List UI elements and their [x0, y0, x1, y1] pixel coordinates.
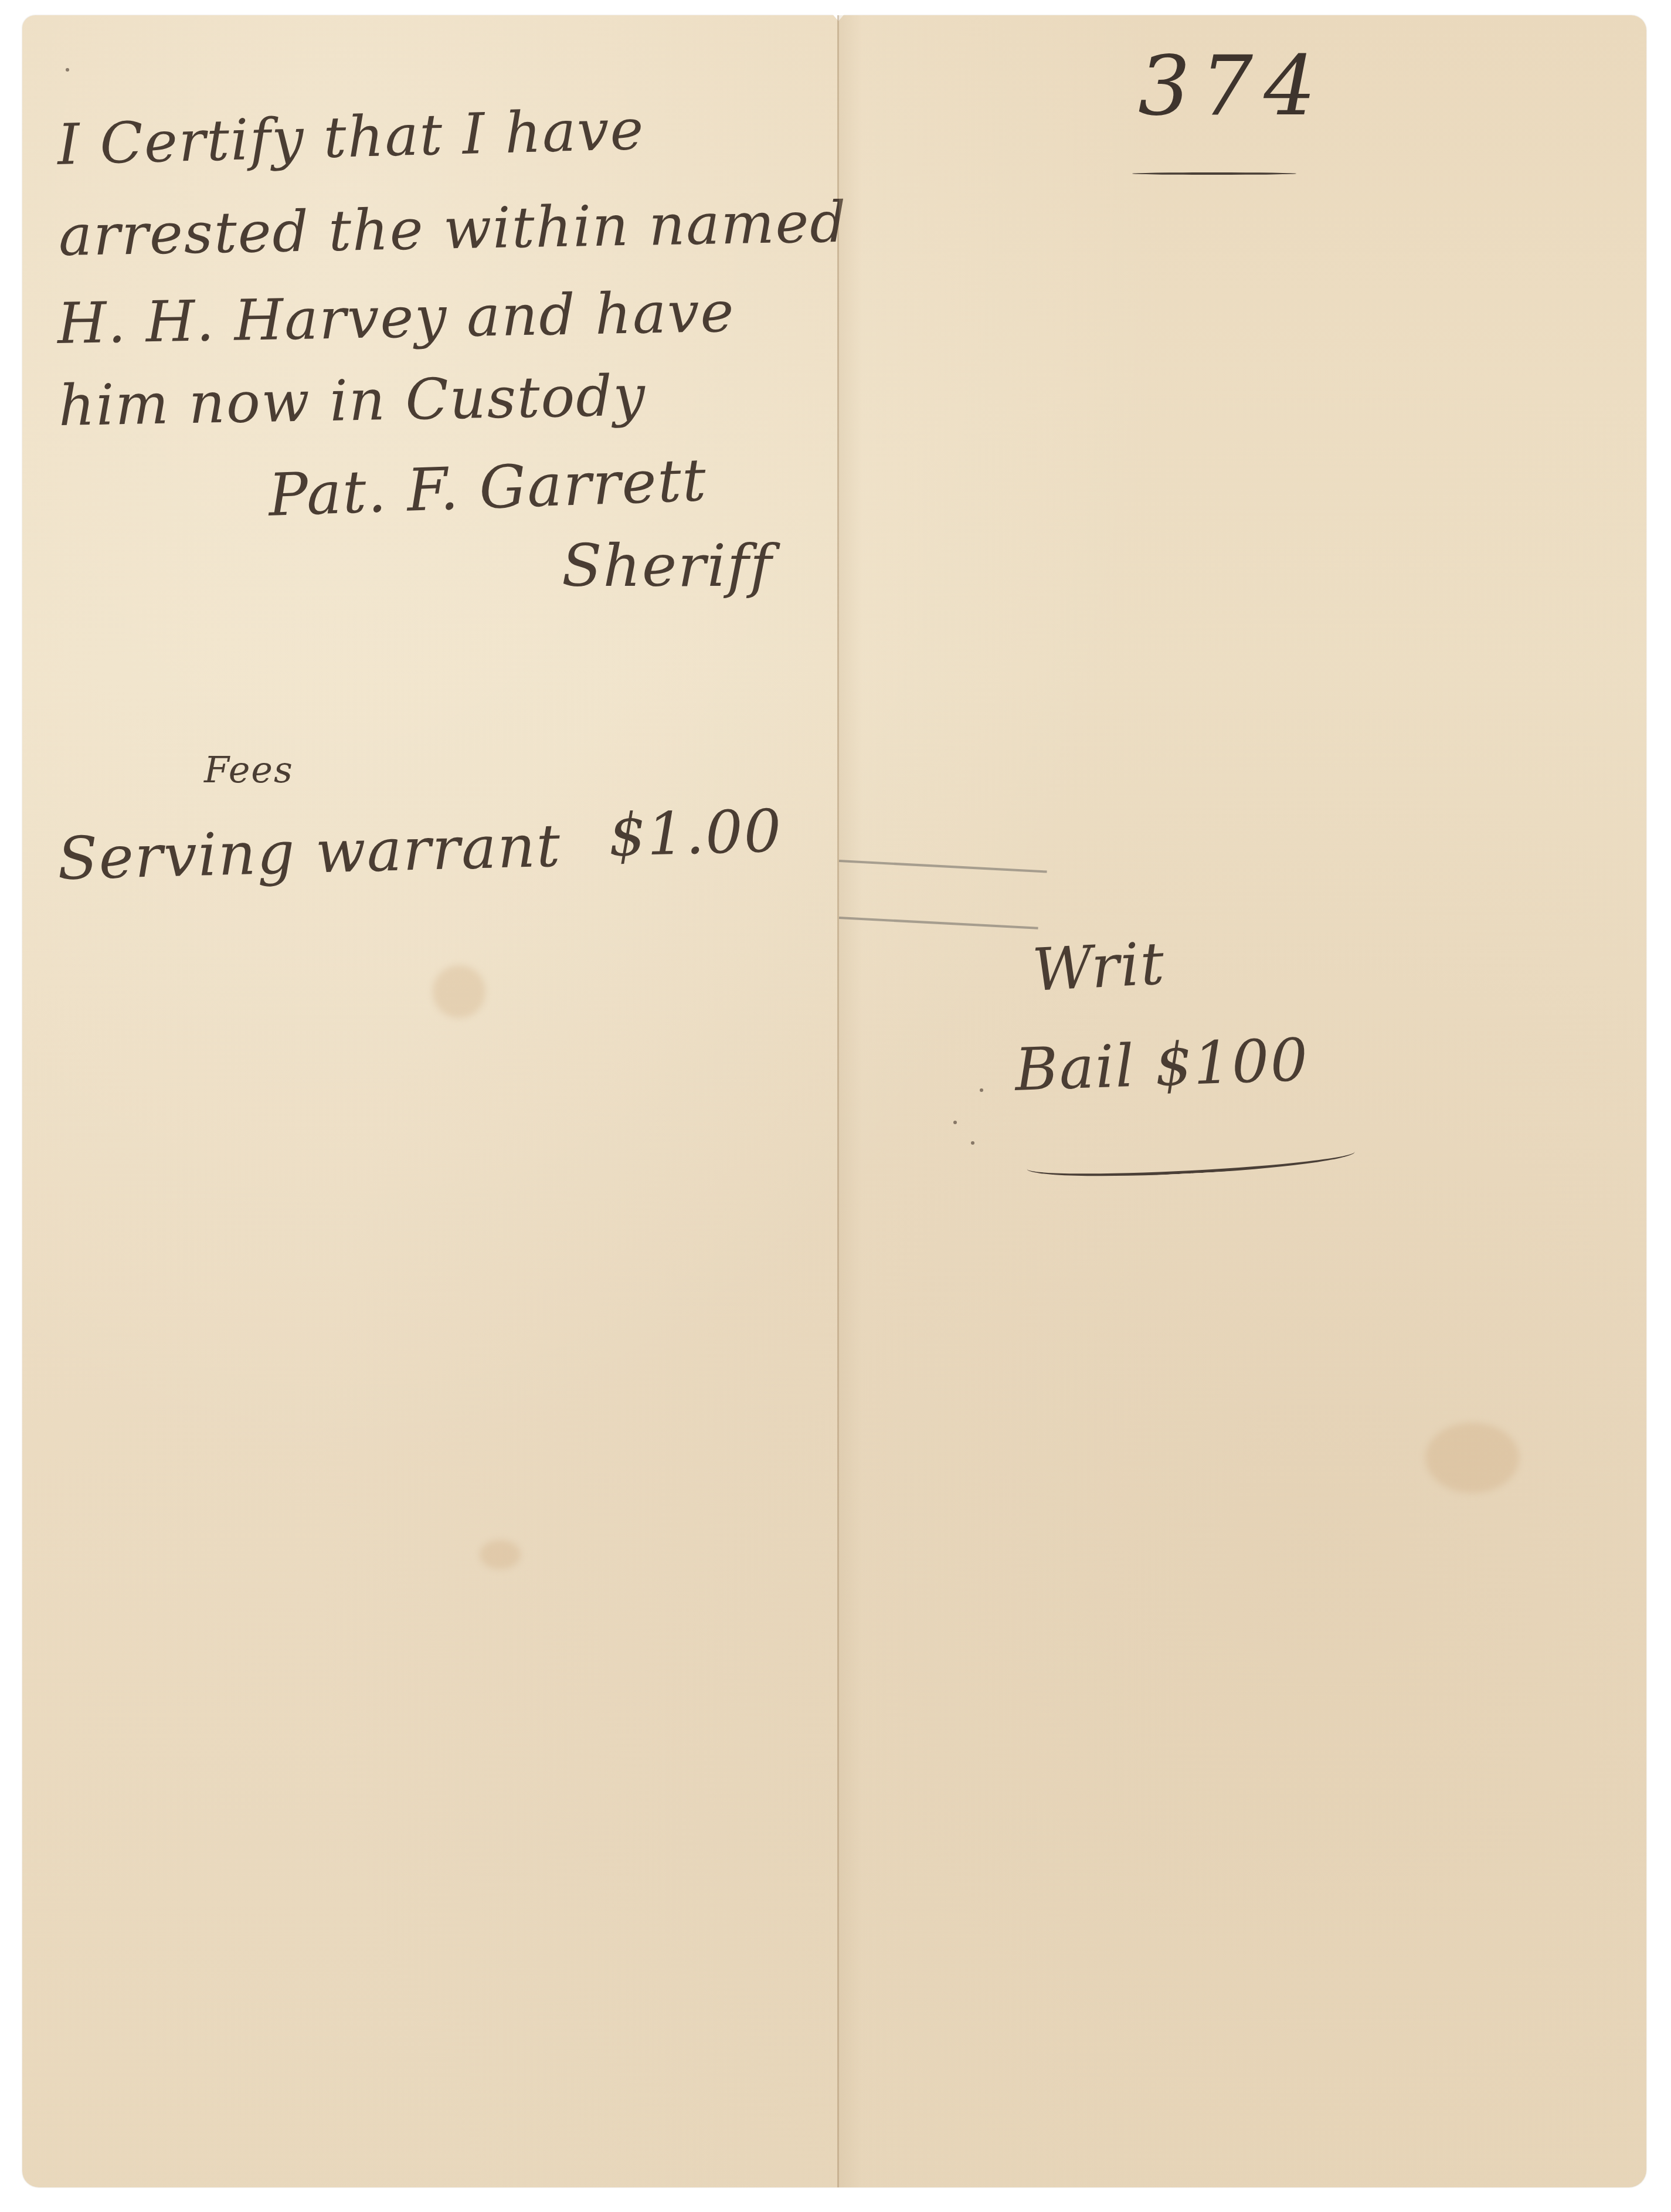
- ink-speck: [980, 1088, 983, 1092]
- pencil-line: [839, 860, 1047, 873]
- paper-stain: [1425, 1423, 1519, 1493]
- pencil-line: [839, 917, 1038, 929]
- certificate-line-1: I Certify that I have: [57, 97, 646, 178]
- ink-speck: [953, 1121, 957, 1124]
- sheriff-signature: Pat. F. Garrett: [267, 446, 708, 530]
- document-sheet: I Certify that I have arrested the withi…: [22, 15, 1646, 2187]
- right-panel: 374 Writ Bail $100: [839, 15, 1646, 2187]
- docket-number: 374: [1138, 39, 1326, 134]
- flourish-underline: [1026, 1138, 1356, 1182]
- ink-speck: [66, 68, 69, 72]
- fee-amount: $1.00: [607, 796, 783, 870]
- fee-description: Serving warrant: [56, 812, 562, 893]
- ink-speck: [971, 1141, 974, 1145]
- docket-number-underline: [1132, 172, 1296, 175]
- endorsement-writ: Writ: [1031, 929, 1167, 1005]
- fees-label: Fees: [204, 748, 294, 791]
- paper-stain: [433, 965, 485, 1018]
- endorsement-bail: Bail $100: [1014, 1026, 1310, 1104]
- sheriff-title: Sheriff: [562, 531, 773, 600]
- certificate-line-4: him now in Custody: [58, 363, 647, 439]
- certificate-line-3: H. H. Harvey and have: [57, 279, 735, 357]
- certificate-line-2: arrested the within named: [58, 189, 848, 269]
- paper-stain: [480, 1540, 521, 1569]
- left-panel: I Certify that I have arrested the withi…: [22, 15, 839, 2187]
